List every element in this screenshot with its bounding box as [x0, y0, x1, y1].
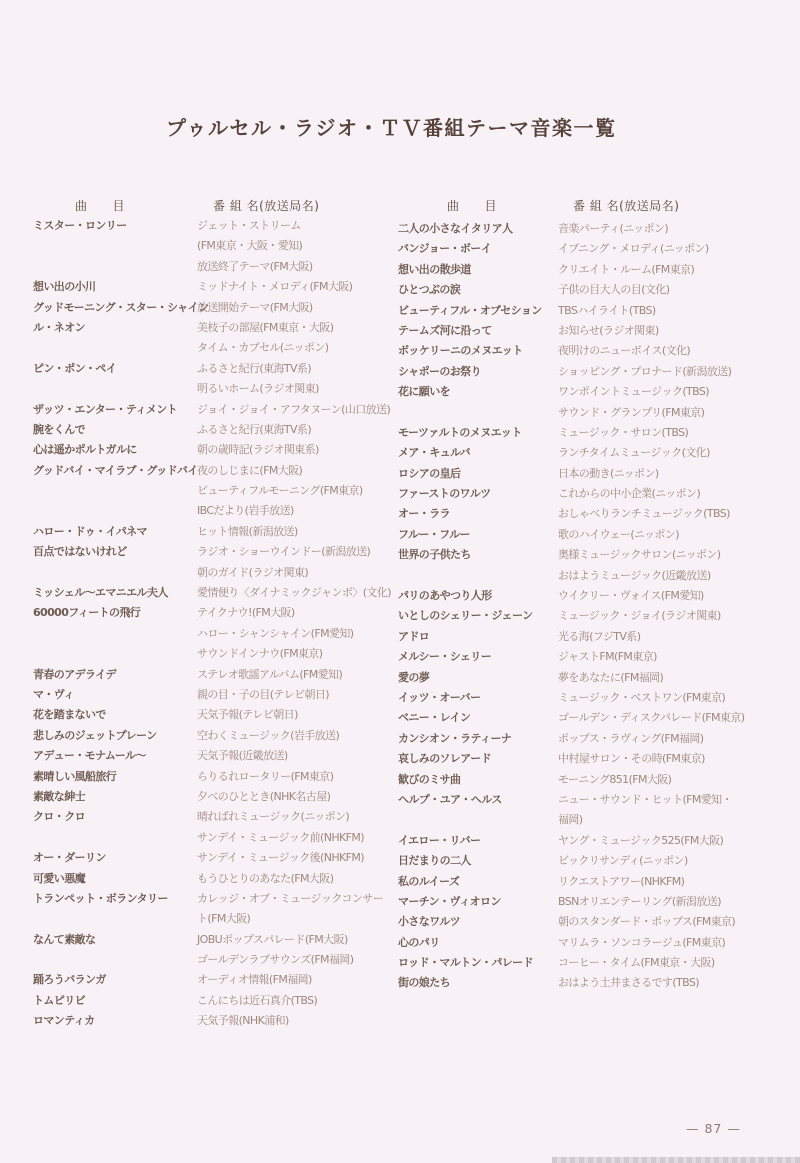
song-title-cell: クロ・クロ: [33, 807, 85, 827]
song-title-cell: 花に願いを: [398, 382, 450, 402]
song-title-cell: ミスター・ロンリー: [33, 216, 127, 236]
program-name-cell: 天気予報(NHK浦和): [197, 1011, 289, 1031]
song-title-cell: フルー・フルー: [398, 525, 470, 545]
program-name-cell: これからの中小企業(ニッポン): [558, 484, 700, 504]
song-title-cell: マーチン・ヴィオロン: [398, 892, 501, 912]
table-row: 60000フィートの飛行テイクナウ!(FM大阪): [33, 603, 428, 623]
program-name-cell: ウイクリー・ヴォイス(FM愛知): [558, 586, 704, 606]
scan-artifact-strip: [552, 1157, 800, 1163]
program-name-cell: ビックリサンディ(ニッポン): [558, 851, 688, 871]
table-row: 素敵な紳士夕べのひととき(NHK名古屋): [33, 787, 428, 807]
program-name-cell: ハロー・シャンシャイン(FM愛知): [197, 624, 354, 644]
table-row: マ・ヴィ親の目・子の目(テレビ朝日): [33, 685, 428, 705]
table-row: モーツァルトのメヌエットミュージック・サロン(TBS): [398, 423, 793, 443]
table-row: 心のパリマリムラ・ソンコラージュ(FM東京): [398, 933, 793, 953]
table-row: 花に願いをワンポイントミュージック(TBS): [398, 382, 793, 402]
song-title-cell: モーツァルトのメヌエット: [398, 423, 522, 443]
program-name-cell: 奥様ミュージックサロン(ニッポン): [558, 545, 721, 565]
song-title-cell: 花を踏まないで: [33, 705, 106, 725]
table-row: フルー・フルー歌のハイウェー(ニッポン): [398, 525, 793, 545]
table-row: ビューティフルモーニング(FM東京): [33, 481, 428, 501]
song-list-column-right: 二人の小さなイタリア人音楽パーティ(ニッポン)バンジョー・ボーイイブニング・メロ…: [398, 219, 793, 994]
program-name-cell: JOBUポップスパレード(FM大阪): [197, 930, 348, 950]
program-name-cell: おはよう土井まさるです(TBS): [558, 973, 699, 993]
program-name-cell: 天気予報(近畿放送): [197, 746, 288, 766]
song-title-cell: 心のパリ: [398, 933, 440, 953]
table-row: ザッツ・エンター・ティメントジョイ・ジョイ・アフタヌーン(山口放送): [33, 400, 428, 420]
song-title-cell: グッドモーニング・スター・シャイン: [33, 298, 208, 318]
table-row: なんて素敵なJOBUポップスパレード(FM大阪): [33, 930, 428, 950]
table-row: オー・ララおしゃべりランチミュージック(TBS): [398, 504, 793, 524]
program-name-cell: ランチタイムミュージック(文化): [558, 443, 710, 463]
table-row: 青春のアデライデステレオ歌謡アルバム(FM愛知): [33, 665, 428, 685]
song-title-cell: 素敵な紳士: [33, 787, 85, 807]
song-title-cell: オー・ダーリン: [33, 848, 106, 868]
program-name-cell: コーヒー・タイム(FM東京・大阪): [558, 953, 715, 973]
song-title-cell: ひとつぶの涙: [398, 280, 460, 300]
table-row: 小さなワルツ朝のスタンダード・ポップス(FM東京): [398, 912, 793, 932]
table-row: ゴールデンラブサウンズ(FM福岡): [33, 950, 428, 970]
table-row: ミスター・ロンリージェット・ストリーム: [33, 216, 428, 236]
song-title-cell: 素晴しい風船旅行: [33, 767, 116, 787]
table-row: 明るいホーム(ラジオ関東): [33, 379, 428, 399]
table-row: ピン・ポン・ペイふるさと紀行(東海TV系): [33, 359, 428, 379]
program-name-cell: ミッドナイト・メロディ(FM大阪): [197, 277, 352, 297]
program-name-cell: 福岡): [558, 810, 583, 830]
table-row: テームズ河に沿ってお知らせ(ラジオ関東): [398, 321, 793, 341]
program-name-cell: ステレオ歌謡アルバム(FM愛知): [197, 665, 342, 685]
program-name-cell: ト(FM大阪): [197, 909, 250, 929]
program-name-cell: マリムラ・ソンコラージュ(FM東京): [558, 933, 725, 953]
program-name-cell: 愛情便り〈ダイナミックジャンボ〉(文化): [197, 583, 391, 603]
program-name-cell: 音楽パーティ(ニッポン): [558, 219, 668, 239]
program-name-cell: ミュージック・ジョイ(ラジオ関東): [558, 606, 721, 626]
table-row: ハロー・シャンシャイン(FM愛知): [33, 624, 428, 644]
song-title-cell: ファーストのワルツ: [398, 484, 491, 504]
song-title-cell: 百点ではないけれど: [33, 542, 127, 562]
song-title-cell: グッドバイ・マイラブ・グッドバイ: [33, 461, 198, 481]
program-name-cell: 明るいホーム(ラジオ関東): [197, 379, 319, 399]
song-list-column-left: ミスター・ロンリージェット・ストリーム(FM東京・大阪・愛知)放送終了テーマ(F…: [33, 216, 428, 1032]
table-row: マーチン・ヴィオロンBSNオリエンテーリング(新潟放送): [398, 892, 793, 912]
table-row: 放送終了テーマ(FM大阪): [33, 257, 428, 277]
program-name-cell: リクエストアワー(NHKFM): [558, 872, 684, 892]
program-name-cell: 夜のしじまに(FM大阪): [197, 461, 302, 481]
table-row: グッドバイ・マイラブ・グッドバイ夜のしじまに(FM大阪): [33, 461, 428, 481]
table-row: オー・ダーリンサンデイ・ミュージック後(NHKFM): [33, 848, 428, 868]
song-title-cell: マ・ヴィ: [33, 685, 74, 705]
program-name-cell: ミュージック・サロン(TBS): [558, 423, 688, 443]
table-row: メア・キュルバランチタイムミュージック(文化): [398, 443, 793, 463]
song-title-cell: 日だまりの二人: [398, 851, 471, 871]
page-number: — 87 —: [686, 1121, 741, 1136]
column-header-song-right: 曲 目: [447, 197, 497, 214]
program-name-cell: 朝の歳時記(ラジオ関東系): [197, 440, 319, 460]
song-title-cell: イッツ・オーバー: [398, 688, 480, 708]
song-title-cell: 想い出の散歩道: [398, 260, 471, 280]
table-row: 踊ろうバランガオーディオ情報(FM福岡): [33, 970, 428, 990]
table-row: トムピリビこんにちは近石真介(TBS): [33, 991, 428, 1011]
table-row: ミッシェル〜エマニエル夫人愛情便り〈ダイナミックジャンボ〉(文化): [33, 583, 428, 603]
table-row: 百点ではないけれどラジオ・ショーウインドー(新潟放送): [33, 542, 428, 562]
table-row: ロッド・マルトン・パレードコーヒー・タイム(FM東京・大阪): [398, 953, 793, 973]
table-row: 想い出の散歩道クリエイト・ルーム(FM東京): [398, 260, 793, 280]
table-row: メルシー・シェリージャストFM(FM東京): [398, 647, 793, 667]
song-title-cell: 青春のアデライデ: [33, 665, 116, 685]
program-name-cell: ミュージック・ベストワン(FM東京): [558, 688, 725, 708]
song-title-cell: 可愛い悪魔: [33, 869, 85, 889]
song-title-cell: ロマンティカ: [33, 1011, 95, 1031]
program-name-cell: ふるさと紀行(東海TV系): [197, 359, 311, 379]
table-row: 福岡): [398, 810, 793, 830]
song-title-cell: ハロー・ドゥ・イパネマ: [33, 522, 147, 542]
table-row: おはようミュージック(近畿放送): [398, 566, 793, 586]
program-name-cell: モーニング851(FM大阪): [558, 770, 671, 790]
song-title-cell: テームズ河に沿って: [398, 321, 492, 341]
program-name-cell: 歌のハイウェー(ニッポン): [558, 525, 679, 545]
table-row: クロ・クロ晴ればれミュージック(ニッポン): [33, 807, 428, 827]
program-name-cell: 放送開始テーマ(FM大阪): [197, 298, 313, 318]
table-row: サウンドインナウ(FM東京): [33, 644, 428, 664]
table-row: タイム・カプセル(ニッポン): [33, 338, 428, 358]
song-title-cell: 踊ろうバランガ: [33, 970, 106, 990]
program-name-cell: こんにちは近石真介(TBS): [197, 991, 317, 1011]
column-header-song-left: 曲 目: [75, 197, 125, 214]
program-name-cell: 美枝子の部屋(FM東京・大阪): [197, 318, 333, 338]
table-row: サンデイ・ミュージック前(NHKFM): [33, 828, 428, 848]
table-row: 悲しみのジェットプレーン空わくミュージック(岩手放送): [33, 726, 428, 746]
song-title-cell: ザッツ・エンター・ティメント: [33, 400, 177, 420]
program-name-cell: 親の目・子の目(テレビ朝日): [197, 685, 329, 705]
program-name-cell: もうひとりのあなた(FM大阪): [197, 869, 333, 889]
table-row: ヘルプ・ユア・ヘルスニュー・サウンド・ヒット(FM愛知・: [398, 790, 793, 810]
program-name-cell: ヤング・ミュージック525(FM大阪): [558, 831, 723, 851]
page-title: プゥルセル・ラジオ・ＴＶ番組テーマ音楽一覧: [166, 112, 617, 141]
table-row: ビューティフル・オブセションTBSハイライト(TBS): [398, 301, 793, 321]
program-name-cell: 夢をあなたに(FM福岡): [558, 668, 663, 688]
program-name-cell: ゴールデンラブサウンズ(FM福岡): [197, 950, 353, 970]
program-name-cell: 空わくミュージック(岩手放送): [197, 726, 339, 746]
song-title-cell: ボッケリーニのメヌエット: [398, 341, 523, 361]
program-name-cell: 光る海(フジTV系): [558, 627, 640, 647]
program-name-cell: ポップス・ラヴィング(FM福岡): [558, 729, 703, 749]
table-row: 歓びのミサ曲モーニング851(FM大阪): [398, 770, 793, 790]
table-row: 朝のガイド(ラジオ関東): [33, 563, 428, 583]
program-name-cell: ゴールデン・ディスクパレード(FM東京): [558, 708, 744, 728]
song-title-cell: 哀しみのソレアード: [398, 749, 491, 769]
program-name-cell: ラジオ・ショーウインドー(新潟放送): [197, 542, 370, 562]
program-name-cell: ジェット・ストリーム: [197, 216, 301, 236]
table-row: イエロー・リバーヤング・ミュージック525(FM大阪): [398, 831, 793, 851]
program-name-cell: サンデイ・ミュージック前(NHKFM): [197, 828, 364, 848]
table-row: ファーストのワルツこれからの中小企業(ニッポン): [398, 484, 793, 504]
program-name-cell: IBCだより(岩手放送): [197, 501, 294, 521]
program-name-cell: (FM東京・大阪・愛知): [197, 236, 302, 256]
table-row: 想い出の小川ミッドナイト・メロディ(FM大阪): [33, 277, 428, 297]
table-row: (FM東京・大阪・愛知): [33, 236, 428, 256]
program-name-cell: 天気予報(テレビ朝日): [197, 705, 298, 725]
program-name-cell: おしゃべりランチミュージック(TBS): [558, 504, 730, 524]
program-name-cell: 中村屋サロン・その時(FM東京): [558, 749, 705, 769]
song-title-cell: 二人の小さなイタリア人: [398, 219, 512, 239]
table-row: イッツ・オーバーミュージック・ベストワン(FM東京): [398, 688, 793, 708]
table-row: シャポーのお祭りショッピング・プロナード(新潟放送): [398, 362, 793, 382]
table-row: 心は遥かポルトガルに朝の歳時記(ラジオ関東系): [33, 440, 428, 460]
song-title-cell: ロッド・マルトン・パレード: [398, 953, 533, 973]
song-title-cell: ピン・ポン・ペイ: [33, 359, 116, 379]
song-title-cell: いとしのシェリー・ジェーン: [398, 606, 533, 626]
program-name-cell: らりるれロータリー(FM東京): [197, 767, 333, 787]
song-title-cell: 世界の子供たち: [398, 545, 471, 565]
song-title-cell: ミッシェル〜エマニエル夫人: [33, 583, 168, 603]
song-title-cell: 想い出の小川: [33, 277, 95, 297]
table-row: いとしのシェリー・ジェーンミュージック・ジョイ(ラジオ関東): [398, 606, 793, 626]
program-name-cell: ジョイ・ジョイ・アフタヌーン(山口放送): [197, 400, 390, 420]
table-row: カンシオン・ラティーナポップス・ラヴィング(FM福岡): [398, 729, 793, 749]
table-row: ト(FM大阪): [33, 909, 428, 929]
song-title-cell: ヘルプ・ユア・ヘルス: [398, 790, 502, 810]
table-row: アドロ光る海(フジTV系): [398, 627, 793, 647]
scanned-page: プゥルセル・ラジオ・ＴＶ番組テーマ音楽一覧 曲 目 番 組 名(放送局名) 曲 …: [0, 0, 800, 1163]
table-row: ロシアの皇后日本の動き(ニッポン): [398, 464, 793, 484]
song-title-cell: パリのあやつり人形: [398, 586, 492, 606]
table-row: 愛の夢夢をあなたに(FM福岡): [398, 668, 793, 688]
program-name-cell: お知らせ(ラジオ関東): [558, 321, 659, 341]
song-title-cell: 悲しみのジェットプレーン: [33, 726, 157, 746]
program-name-cell: 朝のスタンダード・ポップス(FM東京): [558, 912, 735, 932]
column-header-program-right: 番 組 名(放送局名): [573, 197, 680, 214]
song-title-cell: 小さなワルツ: [398, 912, 460, 932]
song-title-cell: 私のルイーズ: [398, 872, 459, 892]
song-title-cell: 街の娘たち: [398, 973, 450, 993]
table-row: IBCだより(岩手放送): [33, 501, 428, 521]
song-title-cell: バンジョー・ボーイ: [398, 239, 491, 259]
table-row: ハロー・ドゥ・イパネマヒット情報(新潟放送): [33, 522, 428, 542]
song-title-cell: 腕をくんで: [33, 420, 85, 440]
program-name-cell: ジャストFM(FM東京): [558, 647, 657, 667]
table-row: 哀しみのソレアード中村屋サロン・その時(FM東京): [398, 749, 793, 769]
table-row: 日だまりの二人ビックリサンディ(ニッポン): [398, 851, 793, 871]
table-row: 街の娘たちおはよう土井まさるです(TBS): [398, 973, 793, 993]
column-header-program-left: 番 組 名(放送局名): [213, 197, 320, 214]
song-title-cell: なんて素敵な: [33, 930, 95, 950]
program-name-cell: ヒット情報(新潟放送): [197, 522, 298, 542]
program-name-cell: 日本の動き(ニッポン): [558, 464, 659, 484]
song-title-cell: メルシー・シェリー: [398, 647, 491, 667]
program-name-cell: クリエイト・ルーム(FM東京): [558, 260, 694, 280]
table-row: 私のルイーズリクエストアワー(NHKFM): [398, 872, 793, 892]
table-row: グッドモーニング・スター・シャイン放送開始テーマ(FM大阪): [33, 298, 428, 318]
program-name-cell: 子供の目大人の目(文化): [558, 280, 669, 300]
song-title-cell: 愛の夢: [398, 668, 429, 688]
program-name-cell: ニュー・サウンド・ヒット(FM愛知・: [558, 790, 732, 810]
table-row: 二人の小さなイタリア人音楽パーティ(ニッポン): [398, 219, 793, 239]
table-row: トランペット・ボランタリーカレッジ・オブ・ミュージックコンサー: [33, 889, 428, 909]
program-name-cell: TBSハイライト(TBS): [558, 301, 656, 321]
song-title-cell: アドロ: [398, 627, 429, 647]
song-title-cell: ル・ネオン: [33, 318, 85, 338]
song-title-cell: シャポーのお祭り: [398, 362, 481, 382]
table-row: 腕をくんでふるさと紀行(東海TV系): [33, 420, 428, 440]
program-name-cell: 夕べのひととき(NHK名古屋): [197, 787, 330, 807]
song-title-cell: 歓びのミサ曲: [398, 770, 460, 790]
table-row: サウンド・グランプリ(FM東京): [398, 403, 793, 423]
table-row: ベニー・レインゴールデン・ディスクパレード(FM東京): [398, 708, 793, 728]
song-title-cell: アデュー・モナムール〜: [33, 746, 146, 766]
program-name-cell: テイクナウ!(FM大阪): [197, 603, 295, 623]
program-name-cell: オーディオ情報(FM福岡): [197, 970, 312, 990]
song-title-cell: カンシオン・ラティーナ: [398, 729, 511, 749]
table-row: ル・ネオン美枝子の部屋(FM東京・大阪): [33, 318, 428, 338]
table-row: ひとつぶの涙子供の目大人の目(文化): [398, 280, 793, 300]
program-name-cell: 晴ればれミュージック(ニッポン): [197, 807, 349, 827]
song-title-cell: トランペット・ボランタリー: [33, 889, 168, 909]
song-title-cell: メア・キュルバ: [398, 443, 470, 463]
table-row: 素晴しい風船旅行らりるれロータリー(FM東京): [33, 767, 428, 787]
table-row: ロマンティカ天気予報(NHK浦和): [33, 1011, 428, 1031]
table-row: 花を踏まないで天気予報(テレビ朝日): [33, 705, 428, 725]
program-name-cell: ふるさと紀行(東海TV系): [197, 420, 311, 440]
table-row: バンジョー・ボーイイブニング・メロディ(ニッポン): [398, 239, 793, 259]
program-name-cell: 放送終了テーマ(FM大阪): [197, 257, 313, 277]
song-title-cell: 心は遥かポルトガルに: [33, 440, 137, 460]
song-title-cell: トムピリビ: [33, 991, 85, 1011]
program-name-cell: イブニング・メロディ(ニッポン): [558, 239, 709, 259]
song-title-cell: ビューティフル・オブセション: [398, 301, 542, 321]
song-title-cell: 60000フィートの飛行: [33, 603, 140, 623]
table-row: アデュー・モナムール〜天気予報(近畿放送): [33, 746, 428, 766]
program-name-cell: BSNオリエンテーリング(新潟放送): [558, 892, 721, 912]
program-name-cell: 朝のガイド(ラジオ関東): [197, 563, 308, 583]
program-name-cell: 夜明けのニューボイス(文化): [558, 341, 690, 361]
program-name-cell: ビューティフルモーニング(FM東京): [197, 481, 363, 501]
song-title-cell: ベニー・レイン: [398, 708, 470, 728]
song-title-cell: イエロー・リバー: [398, 831, 480, 851]
song-title-cell: ロシアの皇后: [398, 464, 460, 484]
program-name-cell: サンデイ・ミュージック後(NHKFM): [197, 848, 364, 868]
table-row: 世界の子供たち奥様ミュージックサロン(ニッポン): [398, 545, 793, 565]
program-name-cell: カレッジ・オブ・ミュージックコンサー: [197, 889, 383, 909]
table-row: 可愛い悪魔もうひとりのあなた(FM大阪): [33, 869, 428, 889]
program-name-cell: サウンドインナウ(FM東京): [197, 644, 322, 664]
program-name-cell: おはようミュージック(近畿放送): [558, 566, 711, 586]
program-name-cell: サウンド・グランプリ(FM東京): [558, 403, 704, 423]
program-name-cell: ワンポイントミュージック(TBS): [558, 382, 709, 402]
program-name-cell: タイム・カプセル(ニッポン): [197, 338, 328, 358]
song-title-cell: オー・ララ: [398, 504, 450, 524]
program-name-cell: ショッピング・プロナード(新潟放送): [558, 362, 731, 382]
table-row: ボッケリーニのメヌエット夜明けのニューボイス(文化): [398, 341, 793, 361]
table-row: パリのあやつり人形ウイクリー・ヴォイス(FM愛知): [398, 586, 793, 606]
